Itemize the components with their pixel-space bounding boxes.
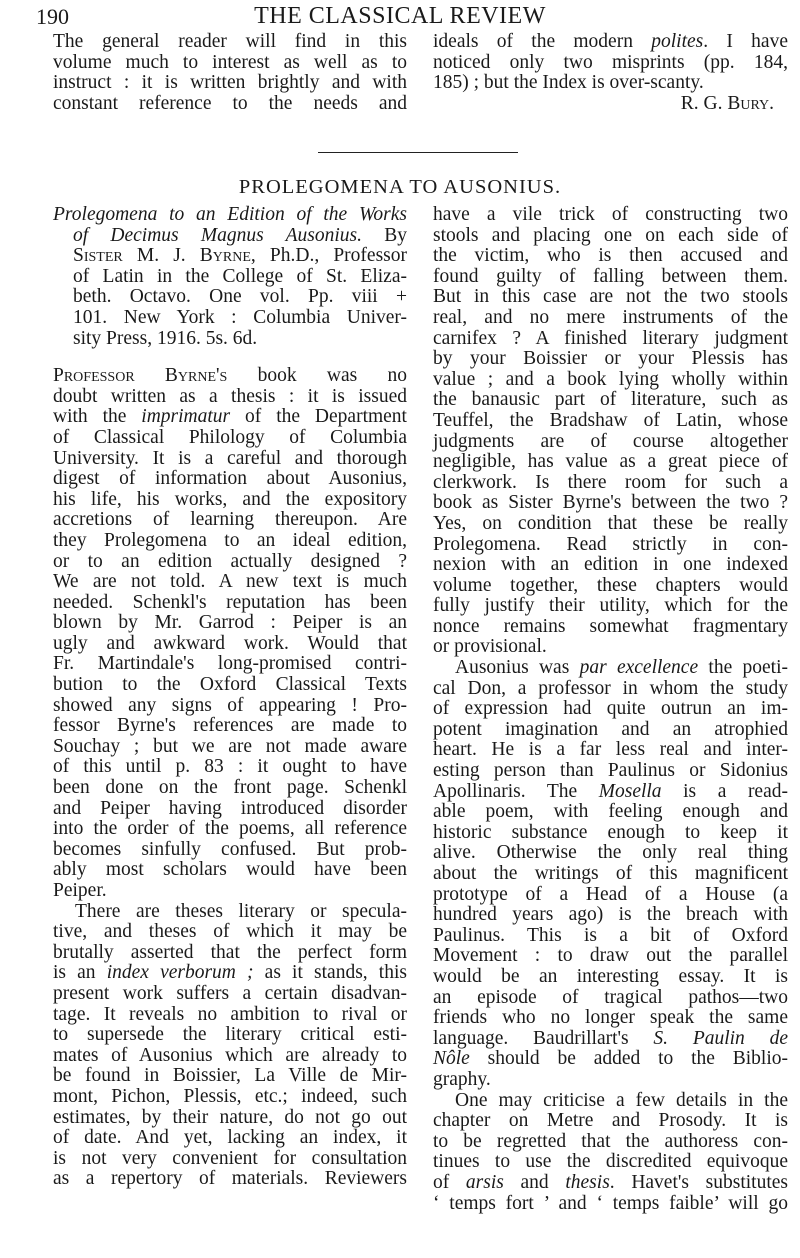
page-header: 190 THE CLASSICAL REVIEW xyxy=(0,2,800,32)
text-line: Yes, on condition that these be really xyxy=(433,514,788,535)
section-divider xyxy=(318,152,518,153)
text-line: doubt written as a thesis : it is issued xyxy=(53,387,407,408)
author-name: Sister M. J. Byrne xyxy=(73,245,251,266)
text-line: digest of information about Ausonius, xyxy=(53,469,407,490)
citation-line: 101. New York : Columbia Univer- xyxy=(53,308,407,329)
text-line: and Peiper having introduced disorder xyxy=(53,799,407,820)
text-line: have a vile trick of constructing two xyxy=(433,205,788,226)
text-line: tinues to use the discredited equivoque xyxy=(433,1152,788,1173)
text-line: volume much to interest as well as to xyxy=(53,53,407,74)
text-line: ably most scholars would have been xyxy=(53,860,407,881)
text-line: estimates, by their nature, do not go ou… xyxy=(53,1108,407,1129)
text-line: accretions of learning thereupon. Are xyxy=(53,510,407,531)
text-line: to supersede the literary critical esti- xyxy=(53,1025,407,1046)
text-line: University. It is a careful and thorough xyxy=(53,449,407,470)
text-line: of this until p. 83 : it ought to have xyxy=(53,757,407,778)
text-line: with the imprimatur of the Department xyxy=(53,407,407,428)
text-line: clerkwork. Is there room for such a xyxy=(433,473,788,494)
text-line: to be regretted that the authoress con- xyxy=(433,1132,788,1153)
text-line: Peiper. xyxy=(53,881,407,902)
text-line: is an index verborum ; as it stands, thi… xyxy=(53,963,407,984)
text-line: book as Sister Byrne's between the two ? xyxy=(433,493,788,514)
text-line: mates of Ausonius which are already to xyxy=(53,1046,407,1067)
citation-price-line: sity Press, 1916. 5s. 6d. xyxy=(53,329,407,350)
citation-title-line: Prolegomena to an Edition of the Works xyxy=(53,205,407,226)
text-line: potent imagination and an atrophied xyxy=(433,720,788,741)
paragraph: Professor Byrne's book was no doubt writ… xyxy=(53,366,407,901)
text-line: ideals of the modern polites. I have xyxy=(433,32,788,53)
previous-review-right: ideals of the modern polites. I have not… xyxy=(433,32,788,114)
citation-title-line: of Decimus Magnus Ausonius. By xyxy=(53,226,407,247)
text-line: negligible, has value as a great piece o… xyxy=(433,452,788,473)
text-line: bution to the Oxford Classical Texts xyxy=(53,675,407,696)
text-line: Teuffel, the Bradshaw of Latin, whose xyxy=(433,411,788,432)
text-line: or to an edition actually designed ? xyxy=(53,552,407,573)
text-line: of Classical Philology of Columbia xyxy=(53,428,407,449)
text-line: We are not told. A new text is much xyxy=(53,572,407,593)
text-line: graphy. xyxy=(433,1070,788,1091)
text-line: mont, Pichon, Plessis, etc.; indeed, suc… xyxy=(53,1087,407,1108)
running-title: THE CLASSICAL REVIEW xyxy=(0,3,800,30)
text-line: cal Don, a professor in whom the study xyxy=(433,679,788,700)
text-line: prototype of a Head of a House (a xyxy=(433,885,788,906)
text-line: of expression had quite outrun an im- xyxy=(433,699,788,720)
text-line: language. Baudrillart's S. Paulin de xyxy=(433,1029,788,1050)
text-line: the victim, who is then accused and xyxy=(433,246,788,267)
text-line: an episode of tragical pathos—two xyxy=(433,988,788,1009)
text-line: tive, and theses of which it may be xyxy=(53,922,407,943)
text-line: into the order of the poems, all referen… xyxy=(53,819,407,840)
text-line: able poem, with feeling enough and xyxy=(433,802,788,823)
text-line: Souchay ; but we are not made aware xyxy=(53,737,407,758)
text-line: constant reference to the needs and xyxy=(53,94,407,115)
text-line: showed any signs of appearing ! Pro- xyxy=(53,696,407,717)
paragraph: have a vile trick of constructing two st… xyxy=(433,205,788,658)
text-line: stools and placing one on each side of xyxy=(433,226,788,247)
book-citation: Prolegomena to an Edition of the Works o… xyxy=(53,205,407,349)
text-line: Paulinus. This is a bit of Oxford xyxy=(433,926,788,947)
citation-line: of Latin in the College of St. Eliza- xyxy=(53,267,407,288)
text-line: by your Boissier or your Plessis has xyxy=(433,349,788,370)
text-line: been done on the front page. Schenkl xyxy=(53,778,407,799)
text-line: Ausonius was par excellence the poeti- xyxy=(433,658,788,679)
text-line: of date. And yet, lacking an index, it xyxy=(53,1128,407,1149)
text-line: value ; and a book lying wholly within xyxy=(433,370,788,391)
text-line: nexion with an edition in one indexed xyxy=(433,555,788,576)
text-line: found guilty of falling between them. xyxy=(433,267,788,288)
text-line: about the writings of this magnificent xyxy=(433,864,788,885)
text-line: blown by Mr. Garrod : Peiper is an xyxy=(53,613,407,634)
text-line: esting person than Paulinus or Sidonius xyxy=(433,761,788,782)
text-line: instruct : it is written brightly and wi… xyxy=(53,73,407,94)
text-line: Professor Byrne's book was no xyxy=(53,366,407,387)
text-line: chapter on Metre and Prosody. It is xyxy=(433,1111,788,1132)
text-line: volume together, these chapters would xyxy=(433,576,788,597)
text-line: There are theses literary or specula- xyxy=(53,902,407,923)
text-line: is not very convenient for consultation xyxy=(53,1149,407,1170)
review-title: PROLEGOMENA TO AUSONIUS. xyxy=(0,176,800,199)
text-line: alive. Otherwise the only real thing xyxy=(433,843,788,864)
text-line: they Prolegomena to an ideal edition, xyxy=(53,531,407,552)
text-line: ugly and awkward work. Would that xyxy=(53,634,407,655)
citation-line: beth. Octavo. One vol. Pp. viii + xyxy=(53,287,407,308)
review-right-column: have a vile trick of constructing two st… xyxy=(433,205,788,1214)
text-line: present work suffers a certain disadvan- xyxy=(53,984,407,1005)
text-line: ‘ temps fort ’ and ‘ temps faible’ will … xyxy=(433,1194,788,1215)
text-line: of arsis and thesis. Havet's substitutes xyxy=(433,1173,788,1194)
text-line: fully justify their utility, which for t… xyxy=(433,596,788,617)
review-left-column: Prolegomena to an Edition of the Works o… xyxy=(53,205,407,1190)
text-line: would be an interesting essay. It is xyxy=(433,967,788,988)
text-line: historic substance enough to keep it xyxy=(433,823,788,844)
text-line: heart. He is a far less real and inter- xyxy=(433,740,788,761)
text-line: real, and no mere instruments of the xyxy=(433,308,788,329)
reviewer-signature: R. G. Bury. xyxy=(433,94,788,115)
text-line: the banausic part of literature, such as xyxy=(433,390,788,411)
text-line: fessor Byrne's references are made to xyxy=(53,716,407,737)
italic-term: polites xyxy=(651,31,703,52)
text-line: be found in Boissier, La Ville de Mir- xyxy=(53,1066,407,1087)
text-line: brutally asserted that the perfect form xyxy=(53,943,407,964)
text-line: his life, his works, and the expository xyxy=(53,490,407,511)
paragraph: Ausonius was par excellence the poeti- c… xyxy=(433,658,788,1090)
text-line: One may criticise a few details in the xyxy=(433,1091,788,1112)
text-line: Nôle should be added to the Biblio- xyxy=(433,1049,788,1070)
previous-review-left: The general reader will find in this vol… xyxy=(53,32,407,114)
text-line: or provisional. xyxy=(433,637,788,658)
text-line: as a repertory of materials. Reviewers xyxy=(53,1169,407,1190)
text-line: Movement : to draw out the parallel xyxy=(433,946,788,967)
text-line: tage. It reveals no ambition to rival or xyxy=(53,1005,407,1026)
text-line: Fr. Martindale's long-promised contri- xyxy=(53,654,407,675)
paragraph: One may criticise a few details in the c… xyxy=(433,1091,788,1215)
text-line: noticed only two misprints (pp. 184, xyxy=(433,53,788,74)
text-line: carnifex ? A finished literary judgment xyxy=(433,329,788,350)
text-line: nonce remains somewhat fragmentary xyxy=(433,617,788,638)
text-line: But in this case are not the two stools xyxy=(433,287,788,308)
citation-author-line: Sister M. J. Byrne, Ph.D., Professor xyxy=(53,246,407,267)
text-line: needed. Schenkl's reputation has been xyxy=(53,593,407,614)
paragraph: There are theses literary or specula- ti… xyxy=(53,902,407,1190)
text-line: becomes sinfully confused. But prob- xyxy=(53,840,407,861)
text-line: 185) ; but the Index is over-scanty. xyxy=(433,73,788,94)
text-line: hundred years ago) is the breach with xyxy=(433,905,788,926)
text-line: friends who no longer speak the same xyxy=(433,1008,788,1029)
text-line: Apollinaris. The Mosella is a read- xyxy=(433,782,788,803)
text-line: The general reader will find in this xyxy=(53,32,407,53)
text-line: judgments are of course altogether xyxy=(433,432,788,453)
text-line: Prolegomena. Read strictly in con- xyxy=(433,535,788,556)
